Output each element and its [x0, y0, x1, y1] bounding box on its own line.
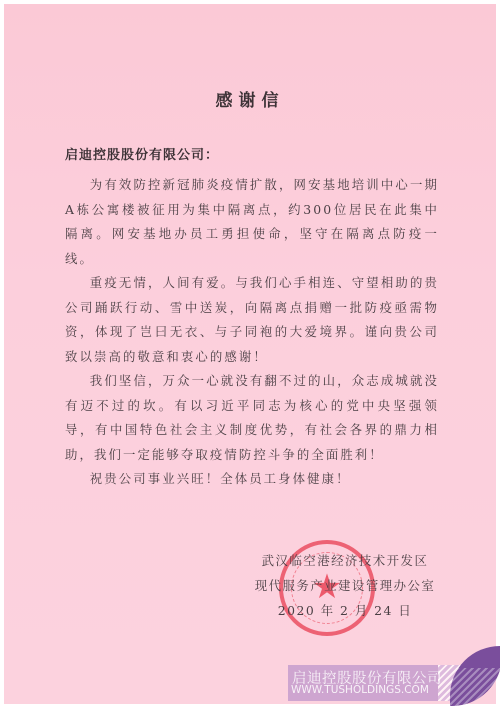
signature-organization: 武汉临空港经济技术开发区: [230, 551, 460, 569]
paragraph: 重疫无情，人间有爱。与我们心手相连、守望相助的贵公司踊跃行动、雪中送炭，向隔离点…: [65, 271, 439, 369]
signature-office: 现代服务产业建设管理办公室: [230, 576, 460, 594]
signature-date: 2020 年 2 月 24 日: [230, 601, 460, 619]
salutation: 启迪控股股份有限公司：: [65, 144, 219, 163]
letter-title: 感谢信: [0, 86, 500, 111]
paragraph: 祝贵公司事业兴旺！全体员工身体健康！: [65, 467, 439, 492]
paragraph: 为有效防控新冠肺炎疫情扩散，网安基地培训中心一期A栋公寓楼被征用为集中隔离点，约…: [65, 173, 439, 271]
letter-body: 为有效防控新冠肺炎疫情扩散，网安基地培训中心一期A栋公寓楼被征用为集中隔离点，约…: [65, 173, 439, 492]
paragraph: 我们坚信，万众一心就没有翻不过的山，众志成城就没有迈不过的坎。有以习近平同志为核…: [65, 369, 439, 467]
watermark-url: WWW.TUSHOLDINGS.COM: [291, 684, 429, 696]
leaf-stripes: [450, 668, 500, 706]
